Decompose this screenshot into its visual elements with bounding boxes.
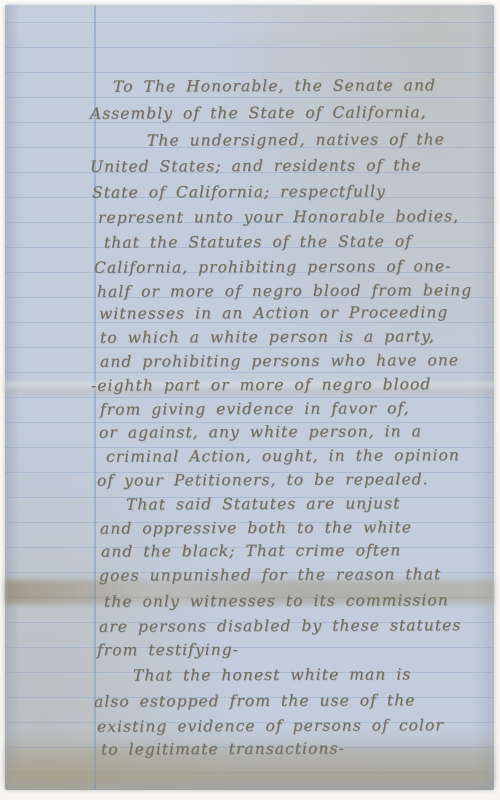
text-line: existing evidence of persons of color bbox=[97, 716, 444, 736]
text-line: criminal Action, ought, in the opinion bbox=[106, 446, 460, 466]
text-line: and prohibiting persons who have one bbox=[100, 351, 459, 371]
text-line: That said Statutes are unjust bbox=[126, 494, 401, 513]
text-line: goes unpunished for the reason that bbox=[99, 565, 441, 584]
text-line: witnesses in an Action or Proceeding bbox=[99, 303, 448, 323]
text-line: Assembly of the State of California, bbox=[90, 103, 427, 122]
scan-background: To The Honorable, the Senate andAssembly… bbox=[0, 0, 500, 800]
text-line: to legitimate transactions- bbox=[101, 739, 345, 758]
text-line: also estopped from the use of the bbox=[94, 691, 416, 710]
text-line: are persons disabled by these statutes bbox=[99, 616, 461, 636]
text-line: of your Petitioners, to be repealed. bbox=[97, 470, 429, 489]
text-line: represent unto your Honorable bodies, bbox=[98, 207, 459, 227]
text-line: That the honest white man is bbox=[133, 665, 411, 684]
text-line: to which a white person is a party, bbox=[100, 327, 435, 346]
text-line: from giving evidence in favor of, bbox=[100, 399, 410, 418]
text-line: from testifying- bbox=[97, 641, 239, 660]
text-line: or against, any white person, in a bbox=[99, 422, 422, 441]
text-line: The undersigned, natives of the bbox=[147, 130, 445, 149]
text-line: California, prohibiting persons of one- bbox=[94, 257, 451, 277]
text-line: State of California; respectfully bbox=[92, 182, 386, 201]
text-line: that the Statutes of the State of bbox=[104, 232, 412, 251]
text-line: To The Honorable, the Senate and bbox=[113, 76, 436, 95]
text-line: United States; and residents of the bbox=[90, 156, 422, 175]
text-line: half or more of negro blood from being bbox=[97, 281, 472, 301]
text-line: and oppressive both to the white bbox=[100, 518, 412, 537]
manuscript-text: To The Honorable, the Senate andAssembly… bbox=[5, 5, 494, 790]
text-line: -eighth part or more of negro blood bbox=[91, 375, 431, 394]
paper-sheet: To The Honorable, the Senate andAssembly… bbox=[5, 5, 494, 790]
text-line: the only witnesses to its commission bbox=[104, 591, 449, 611]
text-line: and the black; That crime often bbox=[101, 541, 401, 560]
